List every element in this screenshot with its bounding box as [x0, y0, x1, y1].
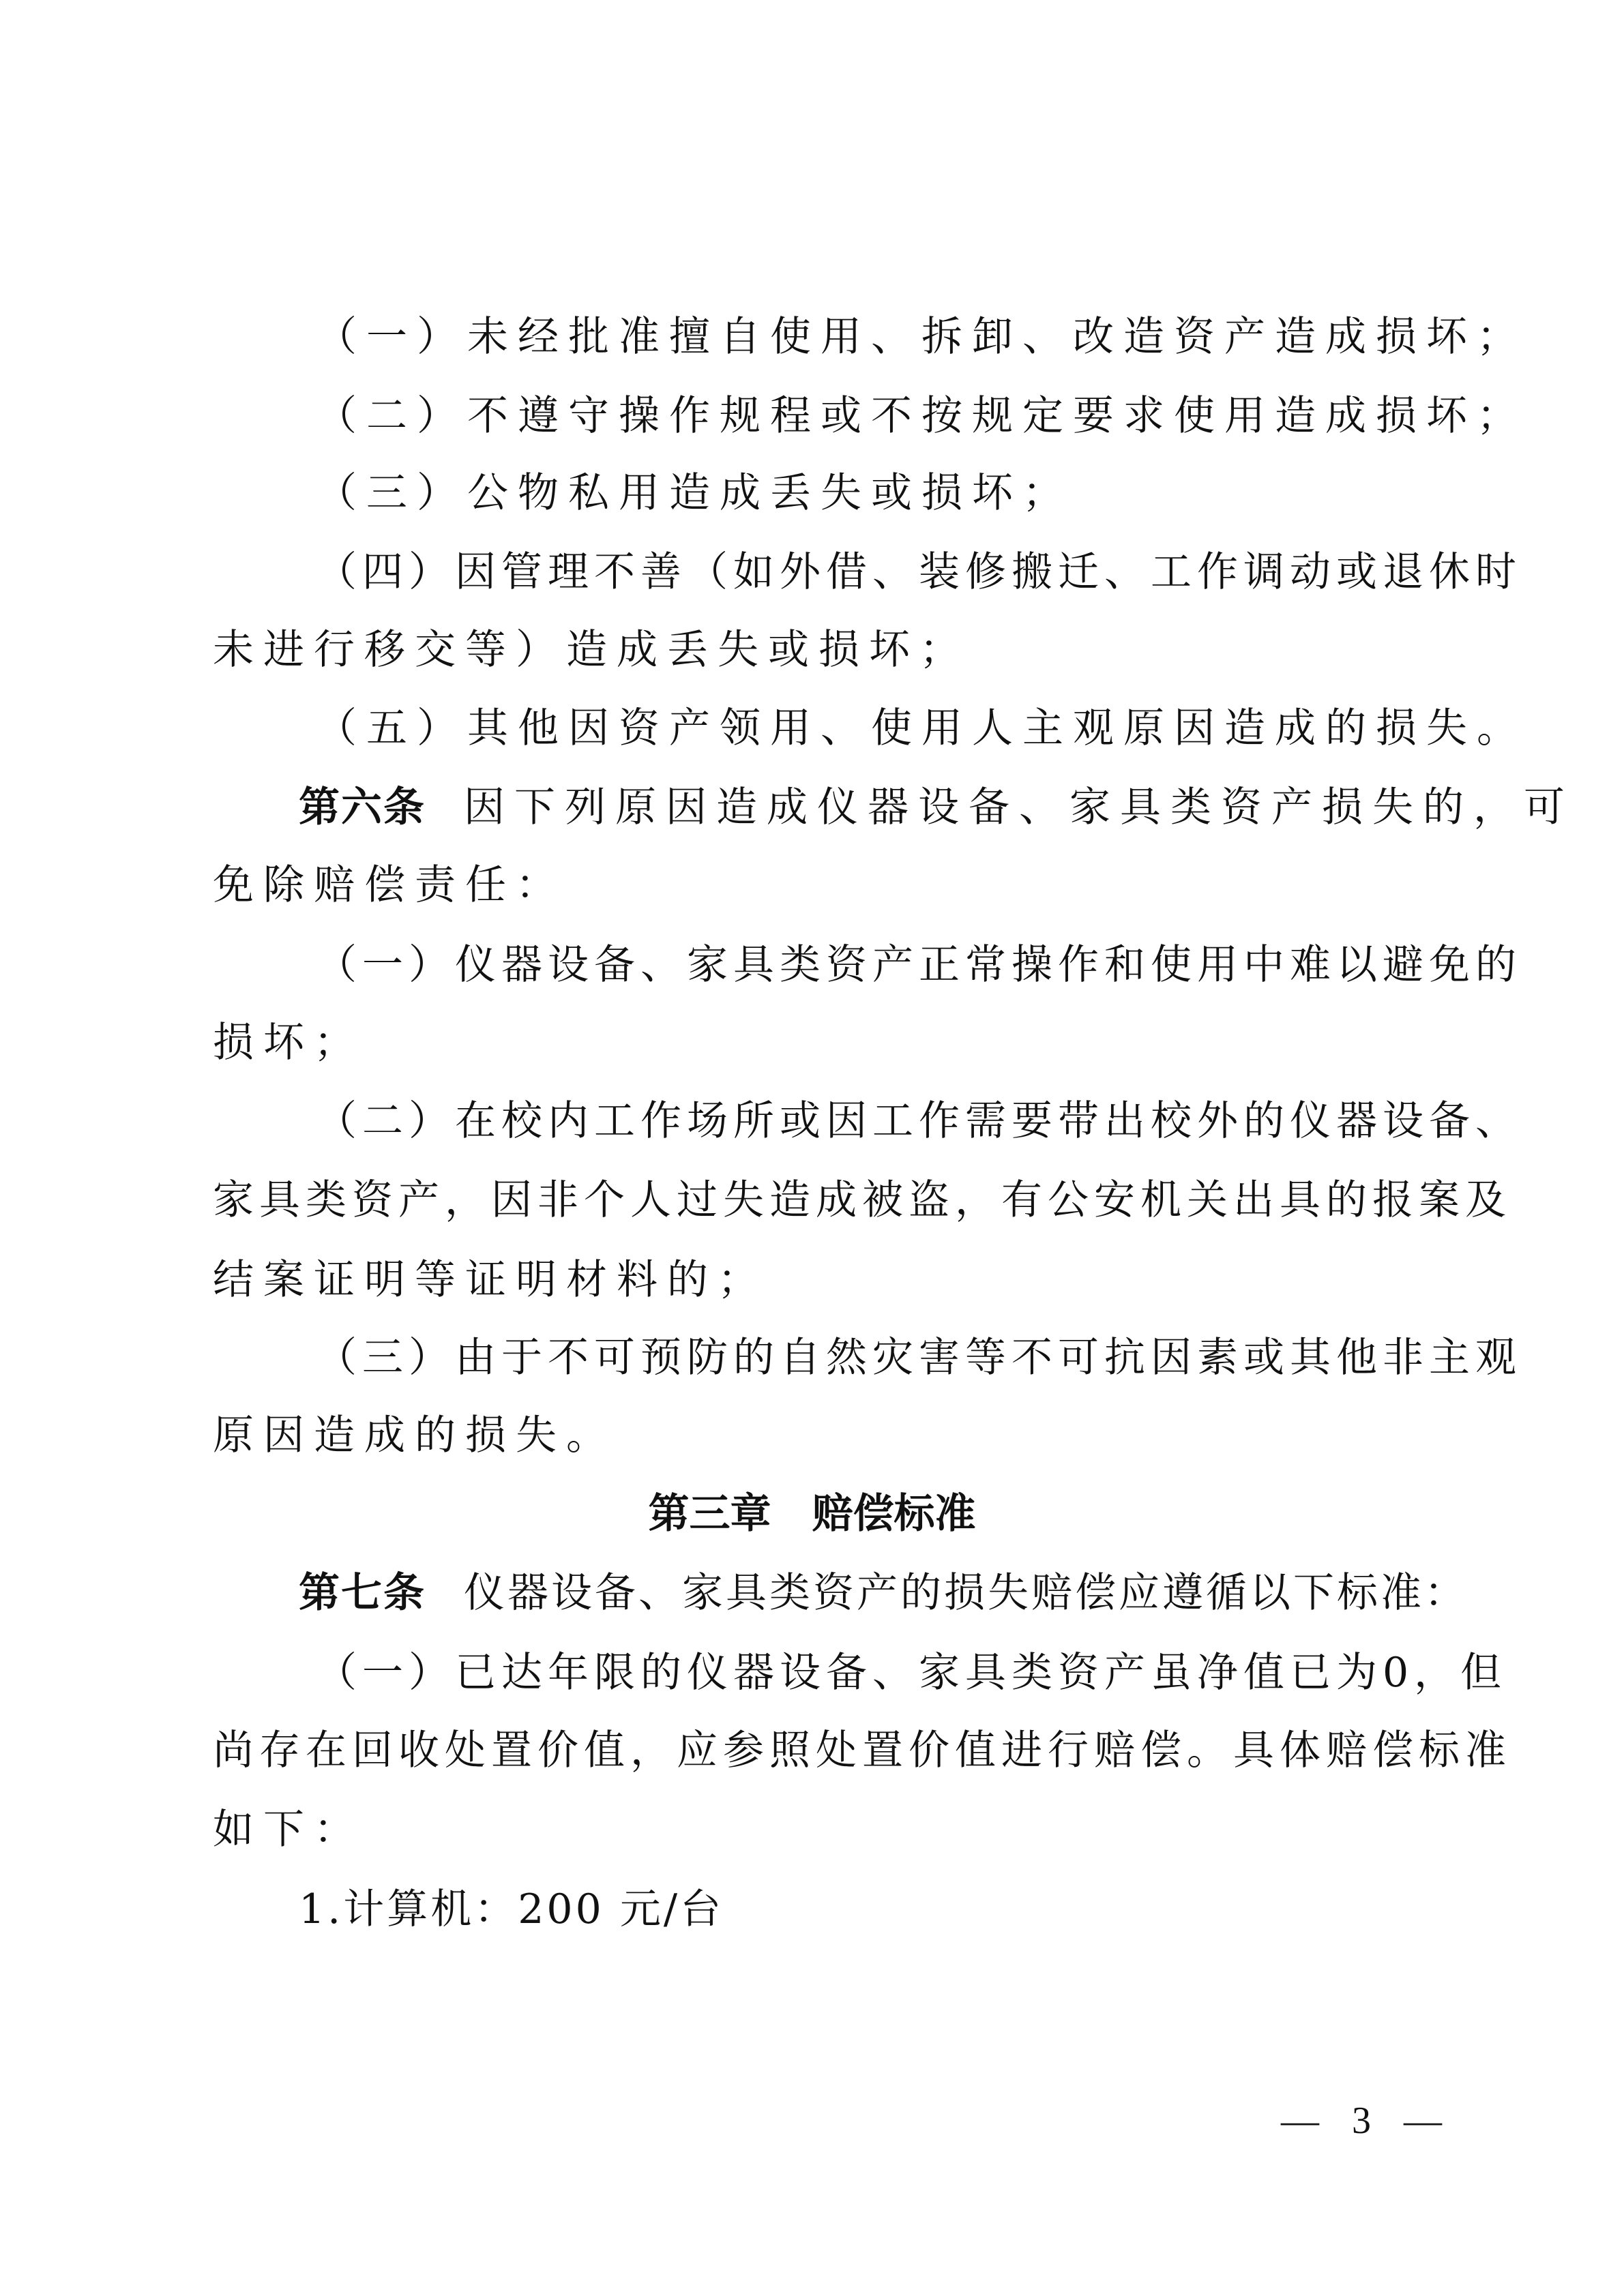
article-7-item-1: （一）已达年限的仪器设备、家具类资产虽净值已为0，但 — [316, 1645, 1507, 1700]
paragraph-item-4: （四）因管理不善（如外借、装修搬迁、工作调动或退休时 — [316, 545, 1522, 599]
page-number-value: 3 — [1352, 2100, 1371, 2142]
chapter-number: 第三章 — [649, 1490, 771, 1538]
page-number: — 3 — — [1281, 2097, 1442, 2145]
article-6-item-1: （一）仪器设备、家具类资产正常操作和使用中难以避免的 — [316, 938, 1522, 992]
chapter-title: 赔偿标准 — [812, 1490, 976, 1538]
article-7-text: 仪器设备、家具类资产的损失赔偿应遵循以下标准： — [464, 1569, 1468, 1617]
article-6-item-3-cont: 原因造成的损失。 — [213, 1408, 617, 1463]
article-6-cont: 免除赔偿责任： — [213, 858, 566, 912]
article-6-item-3: （三）由于不可预防的自然灾害等不可抗因素或其他非主观 — [316, 1330, 1522, 1385]
paragraph-item-1: （一）未经批准擅自使用、拆卸、改造资产造成损坏； — [316, 310, 1527, 364]
article-7-subitem-1: 1.计算机：200 元/台 — [299, 1882, 724, 1937]
article-6-text: 因下列原因造成仪器设备、家具类资产损失的，可 — [464, 784, 1574, 831]
article-7-item-1-cont: 尚存在回收处置价值，应参照处置价值进行赔偿。具体赔偿标准 — [213, 1723, 1511, 1778]
article-6-item-2: （二）在校内工作场所或因工作需要带出校外的仪器设备、 — [316, 1094, 1522, 1148]
page-number-dash-left: — — [1281, 2100, 1319, 2142]
article-7-label: 第七条 — [299, 1569, 426, 1617]
paragraph-item-3: （三）公物私用造成丢失或损坏； — [316, 466, 1073, 520]
article-6-item-1-cont: 损坏； — [213, 1015, 364, 1070]
page-number-dash-right: — — [1404, 2100, 1442, 2142]
paragraph-item-2: （二）不遵守操作规程或不按规定要求使用造成损坏； — [316, 389, 1527, 443]
chapter-heading: 第三章赔偿标准 — [0, 1487, 1624, 1541]
article-6-item-2-cont2: 结案证明等证明材料的； — [213, 1253, 768, 1307]
article-7-item-1-cont2: 如下： — [213, 1802, 364, 1857]
article-6-item-2-cont: 家具类资产，因非个人过失造成被盗，有公安机关出具的报案及 — [213, 1173, 1511, 1227]
article-6-label: 第六条 — [299, 784, 426, 831]
paragraph-item-4-cont: 未进行移交等）造成丢失或损坏； — [213, 623, 970, 677]
article-7-line: 第七条仪器设备、家具类资产的损失赔偿应遵循以下标准： — [299, 1566, 1468, 1620]
article-6-line: 第六条因下列原因造成仪器设备、家具类资产损失的，可 — [299, 780, 1574, 835]
paragraph-item-5: （五）其他因资产领用、使用人主观原因造成的损失。 — [316, 701, 1527, 756]
